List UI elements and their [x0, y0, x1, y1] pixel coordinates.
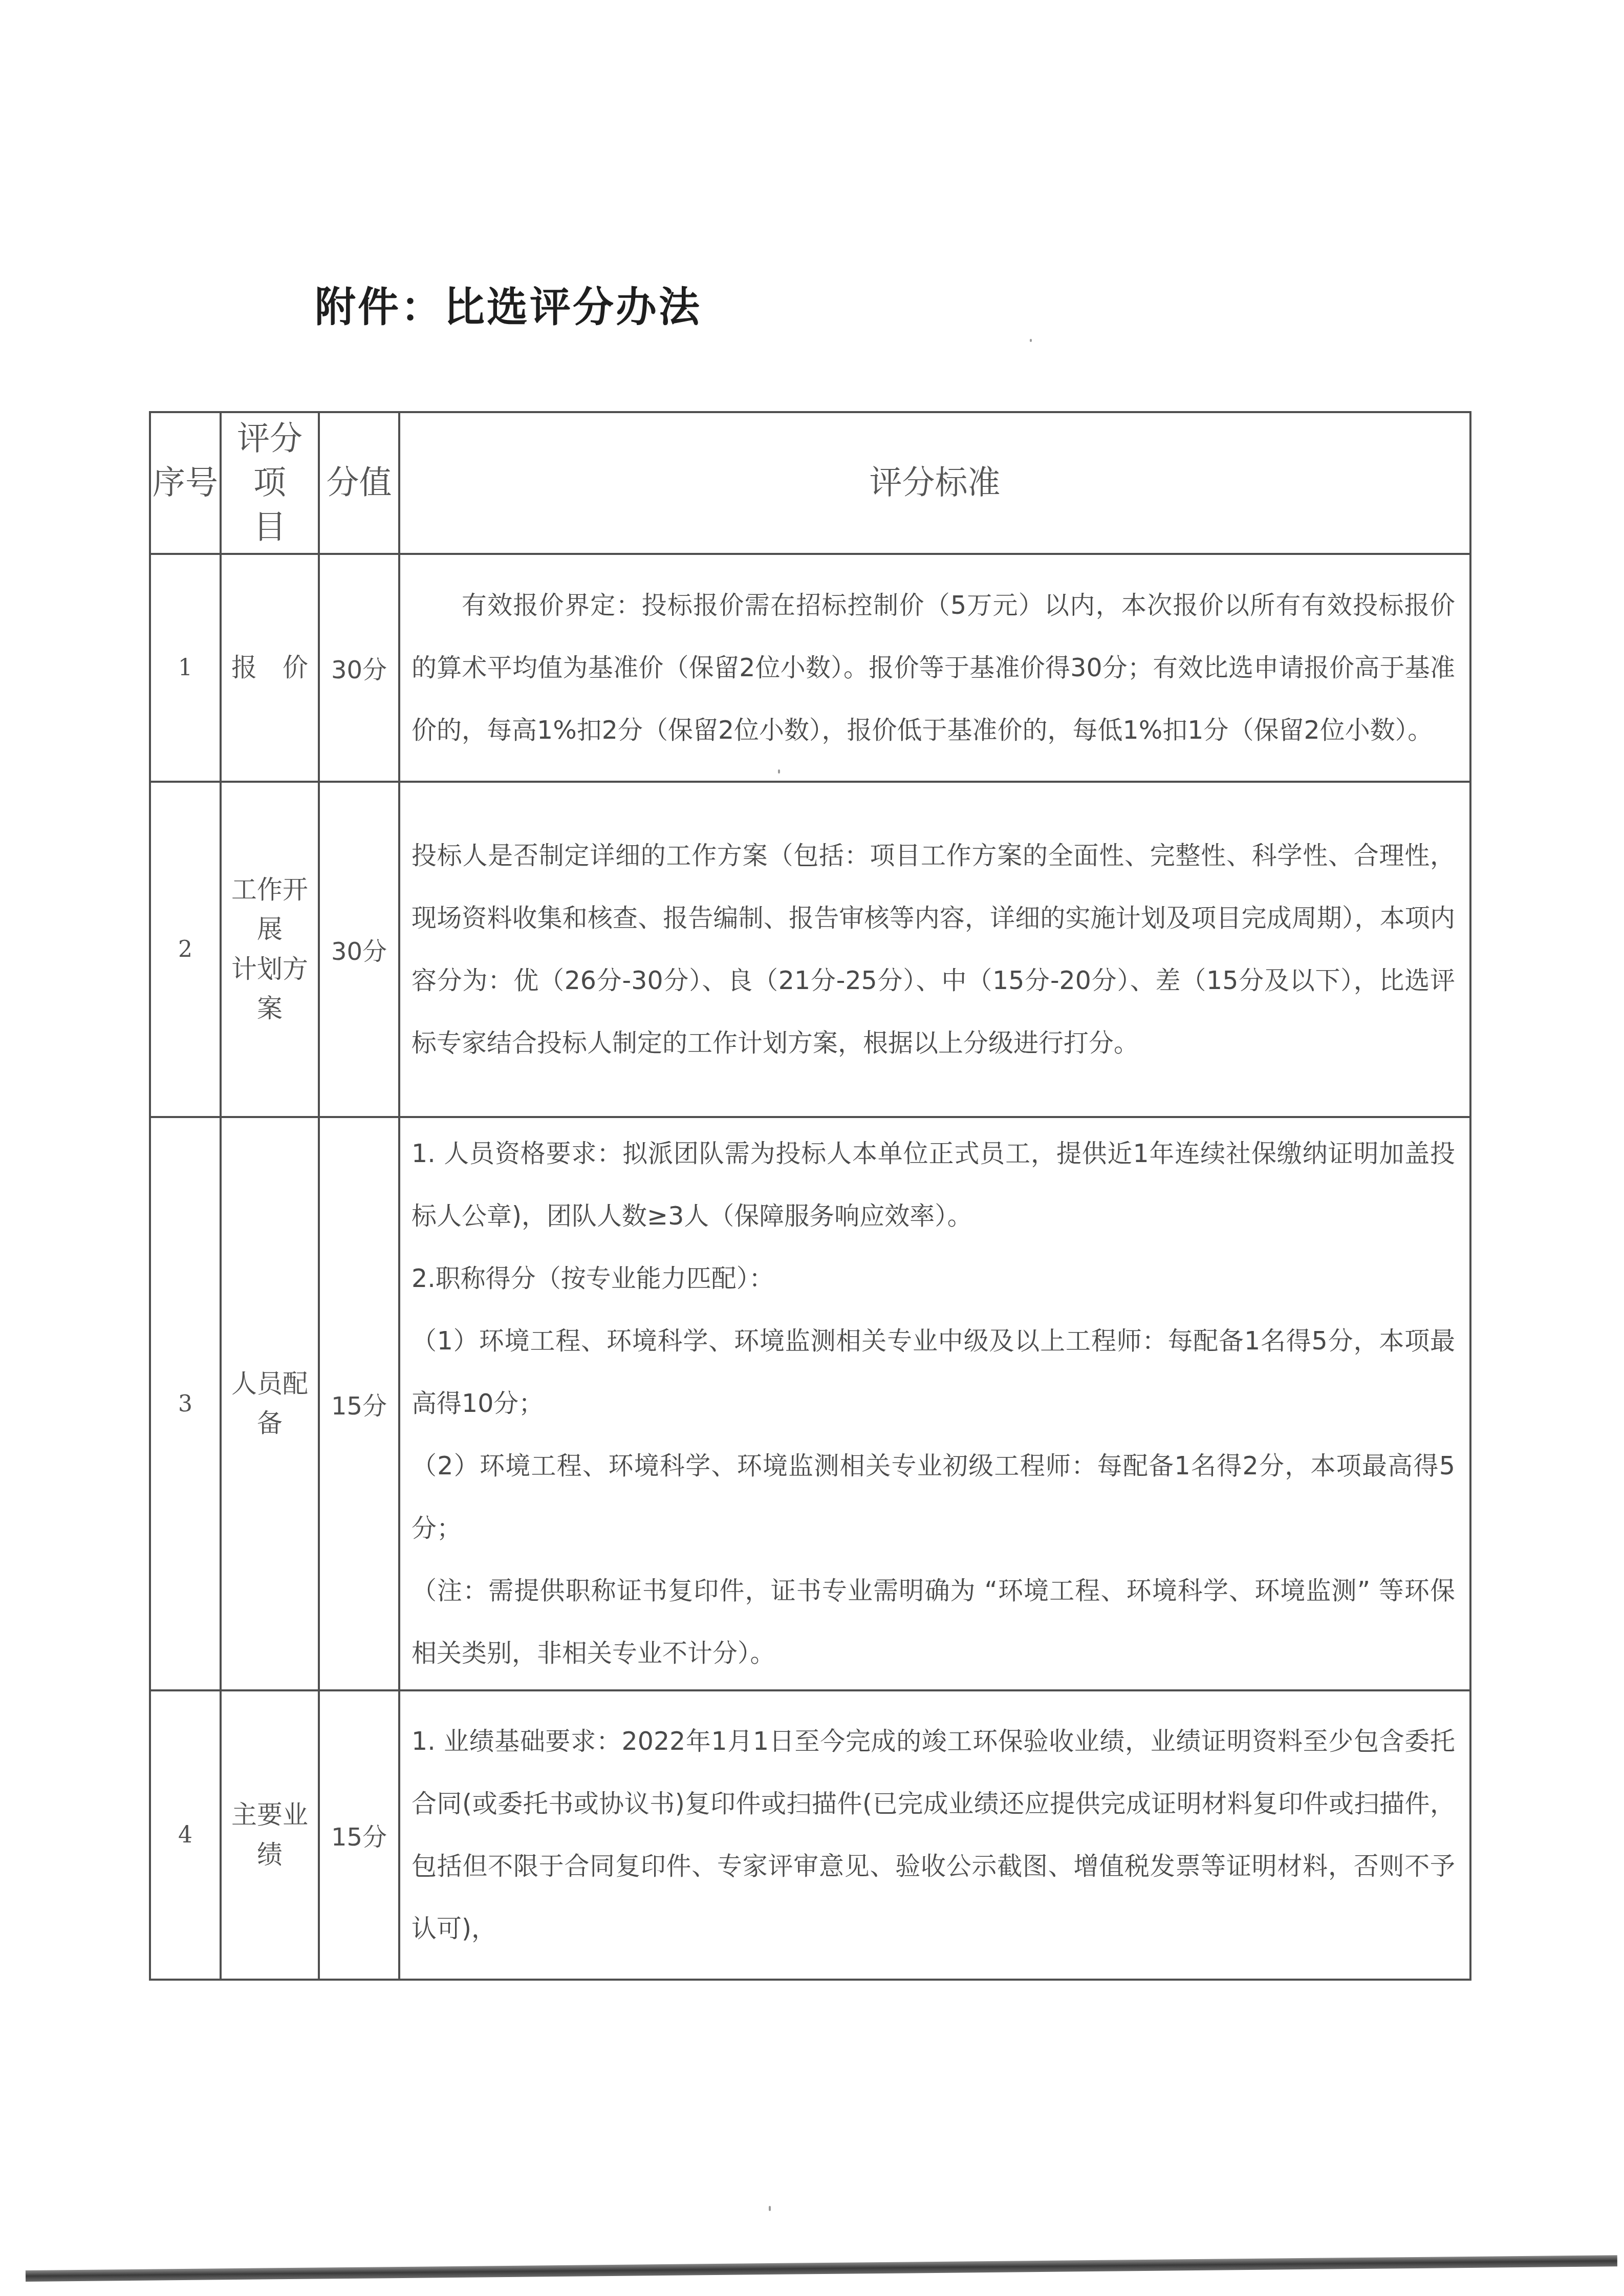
header-criteria: 评分标准 [399, 412, 1470, 554]
row-seq: 1 [150, 554, 221, 782]
scan-speck [769, 2206, 771, 2211]
row-criteria: 1. 人员资格要求：拟派团队需为投标人本单位正式员工，提供近1年连续社保缴纳证明… [399, 1117, 1470, 1690]
criteria-paragraph: 1. 人员资格要求：拟派团队需为投标人本单位正式员工，提供近1年连续社保缴纳证明… [412, 1123, 1455, 1248]
row-item: 主要业绩 [221, 1690, 319, 1980]
scan-edge-line [26, 2255, 1617, 2282]
row-item-line: 主要业绩 [222, 1795, 318, 1875]
row-criteria: 有效报价界定：投标报价需在招标控制价（5万元）以内，本次报价以所有有效投标报价的… [399, 554, 1470, 782]
row-criteria: 投标人是否制定详细的工作方案（包括：项目工作方案的全面性、完整性、科学性、合理性… [399, 782, 1470, 1117]
row-seq: 3 [150, 1117, 221, 1690]
row-score: 30分 [319, 554, 399, 782]
criteria-paragraph: 1. 业绩基础要求：2022年1月1日至今完成的竣工环保验收业绩，业绩证明资料至… [412, 1710, 1455, 1960]
table-row: 4 主要业绩 15分 1. 业绩基础要求：2022年1月1日至今完成的竣工环保验… [150, 1690, 1470, 1980]
scan-speck [1030, 339, 1032, 342]
row-item: 人员配备 [221, 1117, 319, 1690]
row-item-line: 计划方案 [222, 950, 318, 1029]
scan-speck [778, 769, 780, 774]
row-seq: 2 [150, 782, 221, 1117]
row-item: 工作开展 计划方案 [221, 782, 319, 1117]
row-seq: 4 [150, 1690, 221, 1980]
row-item-line: 报 价 [222, 648, 318, 688]
row-item: 报 价 [221, 554, 319, 782]
table-header-row: 序号 评分项 目 分值 评分标准 [150, 412, 1470, 554]
header-item-line2: 目 [222, 505, 318, 549]
criteria-paragraph: （注：需提供职称证书复印件，证书专业需明确为 “环境工程、环境科学、环境监测” … [412, 1560, 1455, 1685]
criteria-paragraph: （2）环境工程、环境科学、环境监测相关专业初级工程师：每配备1名得2分，本项最高… [412, 1435, 1455, 1560]
header-seq: 序号 [150, 412, 221, 554]
criteria-paragraph: 2.职称得分（按专业能力匹配）： [412, 1248, 1455, 1310]
table-row: 3 人员配备 15分 1. 人员资格要求：拟派团队需为投标人本单位正式员工，提供… [150, 1117, 1470, 1690]
header-item-line1: 评分项 [222, 417, 318, 505]
row-score: 15分 [319, 1690, 399, 1980]
criteria-paragraph: 投标人是否制定详细的工作方案（包括：项目工作方案的全面性、完整性、科学性、合理性… [412, 825, 1455, 1075]
header-score: 分值 [319, 412, 399, 554]
criteria-paragraph: 有效报价界定：投标报价需在招标控制价（5万元）以内，本次报价以所有有效投标报价的… [412, 574, 1455, 762]
row-item-line: 工作开展 [222, 870, 318, 950]
header-item: 评分项 目 [221, 412, 319, 554]
table-row: 2 工作开展 计划方案 30分 投标人是否制定详细的工作方案（包括：项目工作方案… [150, 782, 1470, 1117]
table-row: 1 报 价 30分 有效报价界定：投标报价需在招标控制价（5万元）以内，本次报价… [150, 554, 1470, 782]
row-score: 30分 [319, 782, 399, 1117]
row-item-line: 人员配备 [222, 1364, 318, 1444]
row-criteria: 1. 业绩基础要求：2022年1月1日至今完成的竣工环保验收业绩，业绩证明资料至… [399, 1690, 1470, 1980]
page-title: 附件：比选评分办法 [315, 287, 702, 328]
row-score: 15分 [319, 1117, 399, 1690]
scoring-table: 序号 评分项 目 分值 评分标准 1 报 价 30分 有效报价界定：投标报价需在… [149, 411, 1471, 1981]
criteria-paragraph: （1）环境工程、环境科学、环境监测相关专业中级及以上工程师：每配备1名得5分，本… [412, 1310, 1455, 1435]
